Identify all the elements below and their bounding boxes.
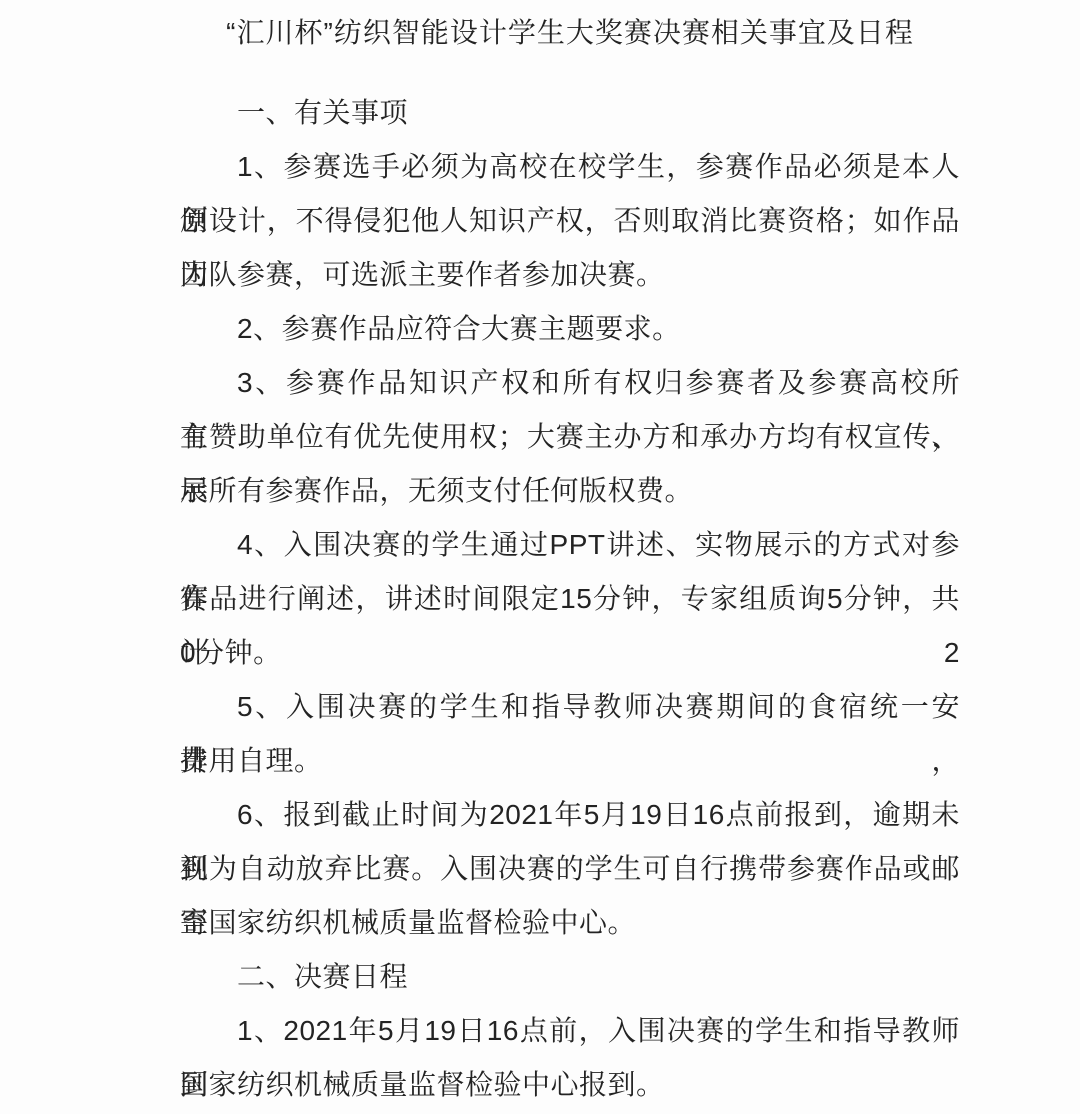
text-line: 作品进行阐述，讲述时间限定15分钟，专家组质询5分钟，共计2 <box>180 572 960 626</box>
text-line: 2、参赛作品应符合大赛主题要求。 <box>180 302 960 356</box>
text-line: 3、参赛作品知识产权和所有权归参赛者及参赛高校所有， <box>180 356 960 410</box>
text-line: 1、参赛选手必须为高校在校学生，参赛作品必须是本人原 <box>180 140 960 194</box>
text-line: 至国家纺织机械质量监督检验中心。 <box>180 896 960 950</box>
document-body: 一、有关事项1、参赛选手必须为高校在校学生，参赛作品必须是本人原创设计，不得侵犯… <box>180 86 960 1112</box>
text-line: 一、有关事项 <box>180 86 960 140</box>
text-line: 5、入围决赛的学生和指导教师决赛期间的食宿统一安排， <box>180 680 960 734</box>
text-line: 4、入围决赛的学生通过PPT讲述、实物展示的方式对参赛 <box>180 518 960 572</box>
document-title: “汇川杯”纺织智能设计学生大奖赛决赛相关事宜及日程 <box>180 12 960 54</box>
document-page: “汇川杯”纺织智能设计学生大奖赛决赛相关事宜及日程 一、有关事项1、参赛选手必须… <box>0 0 1080 1114</box>
text-line: 二、决赛日程 <box>180 950 960 1004</box>
text-line: 团队参赛，可选派主要作者参加决赛。 <box>180 248 960 302</box>
text-line: 视为自动放弃比赛。入围决赛的学生可自行携带参赛作品或邮寄 <box>180 842 960 896</box>
text-line: 国家纺织机械质量监督检验中心报到。 <box>180 1058 960 1112</box>
text-line: 6、报到截止时间为2021年5月19日16点前报到，逾期未到 <box>180 788 960 842</box>
text-line: 创设计，不得侵犯他人知识产权，否则取消比赛资格；如作品为 <box>180 194 960 248</box>
text-line: 主赞助单位有优先使用权；大赛主办方和承办方均有权宣传、展 <box>180 410 960 464</box>
text-line: 示所有参赛作品，无须支付任何版权费。 <box>180 464 960 518</box>
text-line: 1、2021年5月19日16点前，入围决赛的学生和指导教师到 <box>180 1004 960 1058</box>
